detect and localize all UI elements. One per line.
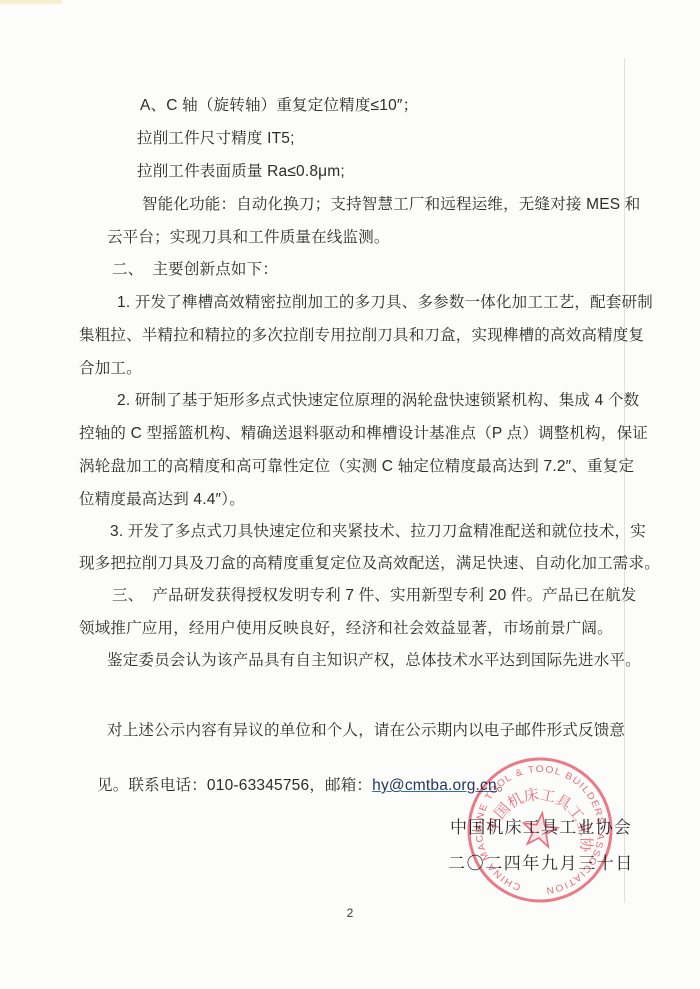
feedback-notice-line-2: 见。联系电话：010-63345756，邮箱：hy@cmtba.org.cn。 [79, 753, 513, 819]
section-2-heading: 二、 主要创新点如下： [112, 259, 278, 281]
section-3-line-2: 领域推广应用，经用户使用反映良好，经济和社会效益显著，市场前景广阔。 [79, 618, 613, 640]
innovation-2-line-2: 控轴的 C 型摇篮机构、精确送退料驱动和榫槽设计基准点（P 点）调整机构，保证 [79, 423, 648, 445]
innovation-2-line-3: 涡轮盘加工的高精度和高可靠性定位（实测 C 轴定位精度最高达到 7.2″、重复定 [79, 456, 634, 478]
spec-line-smart-2: 云平台；实现刀具和工件质量在线监测。 [107, 227, 390, 249]
innovation-1-line-1: 1. 开发了榫槽高效精密拉削加工的多刀具、多参数一体化加工工艺，配套研制 [117, 292, 653, 314]
scan-artifact-strip [0, 0, 62, 4]
innovation-3-line-2: 现多把拉削刀具及刀盒的高精度重复定位及高效配送，满足快速、自动化加工需求。 [79, 553, 660, 575]
section-3-line-1: 三、 产品研发获得授权发明专利 7 件、实用新型专利 20 件。产品已在航发 [112, 585, 637, 607]
spec-line-dimension: 拉削工件尺寸精度 IT5; [137, 128, 295, 150]
innovation-2-line-1: 2. 研制了基于矩形多点式快速定位原理的涡轮盘快速锁紧机构、集成 4 个数 [117, 390, 639, 412]
appraisal-conclusion-line: 鉴定委员会认为该产品具有自主知识产权，总体技术水平达到国际先进水平。 [107, 650, 641, 672]
page-number: 2 [0, 906, 700, 920]
spec-line-smart-1: 智能化功能：自动化换刀；支持智慧工厂和远程运维，无缝对接 MES 和 [142, 194, 641, 216]
scan-fold-line [624, 58, 625, 903]
document-page: A、C 轴（旋转轴）重复定位精度≤10″； 拉削工件尺寸精度 IT5; 拉削工件… [0, 0, 700, 989]
innovation-3-line-1: 3. 开发了多点式刀具快速定位和夹紧技术、拉刀刀盒精准配送和就位技术，实 [110, 521, 646, 543]
innovation-1-line-3: 合加工。 [79, 358, 142, 380]
innovation-2-line-4: 位精度最高达到 4.4″）。 [79, 489, 245, 511]
contact-phone-text: 见。联系电话：010-63345756，邮箱： [97, 777, 372, 794]
signature-date: 二〇二四年九月三十日 [448, 849, 634, 874]
signature-organization: 中国机床工具工业协会 [450, 813, 632, 838]
email-link[interactable]: hy@cmtba.org.cn [372, 777, 497, 794]
spec-line-surface: 拉削工件表面质量 Ra≤0.8μm; [137, 161, 345, 183]
innovation-1-line-2: 集粗拉、半精拉和精拉的多次拉削专用拉削刀具和刀盒，实现榫槽的高效高精度复 [79, 325, 644, 347]
spec-line-axis-accuracy: A、C 轴（旋转轴）重复定位精度≤10″； [140, 95, 418, 117]
feedback-notice-line-1: 对上述公示内容有异议的单位和个人，请在公示期内以电子邮件形式反馈意 [107, 720, 625, 742]
contact-period: 。 [497, 777, 513, 794]
